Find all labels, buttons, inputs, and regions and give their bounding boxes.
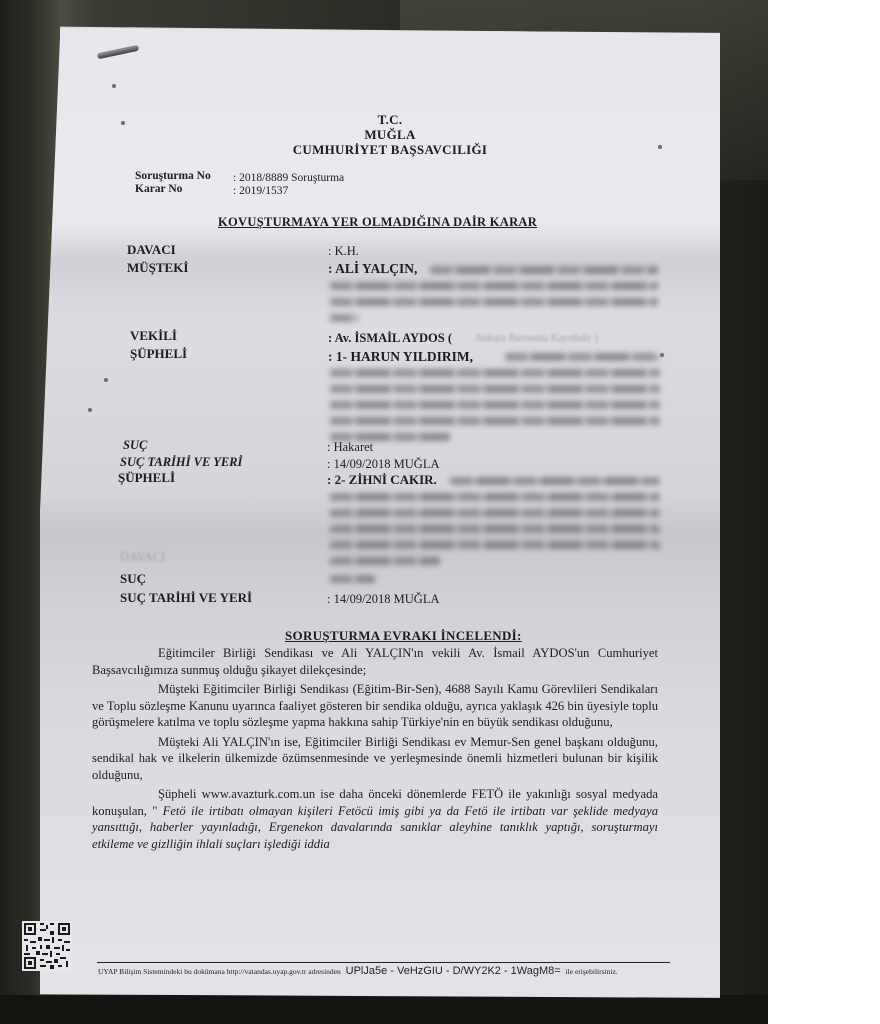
crime2-date-label: SUÇ TARİHİ VE YERİ	[120, 590, 252, 606]
paragraph-3: Müşteki Ali YALÇIN'ın ise, Eğitimciler B…	[92, 734, 658, 784]
paragraph-4: Şüpheli www.avazturk.com.un ise daha önc…	[92, 786, 658, 852]
decision-no-value: : 2019/1537	[233, 185, 288, 197]
redacted-text	[330, 557, 440, 565]
suspect2-value: : 2- ZİHNİ CAKIR.	[327, 472, 437, 488]
section-heading: SORUŞTURMA EVRAKI İNCELENDİ:	[285, 628, 522, 644]
redacted-text	[430, 266, 658, 274]
header-city: MUĞLA	[240, 127, 540, 143]
document-content: T.C. MUĞLA CUMHURİYET BAŞSAVCILIĞI Soruş…	[0, 0, 768, 1024]
redacted-text	[330, 385, 660, 393]
plaintiff-value: : K.H.	[328, 244, 359, 259]
attorney-label: VEKİLİ	[130, 328, 177, 344]
decision-no-label: Karar No	[135, 183, 182, 195]
crime2-label: SUÇ	[120, 571, 146, 587]
footer-suffix: ile erişebilirsiniz.	[566, 967, 618, 976]
paragraph-1: Eğitimciler Birliği Sendikası ve Ali YAL…	[92, 645, 658, 678]
suspect1-label: ŞÜPHELİ	[130, 346, 187, 362]
verification-code: UPlJa5e - VeHzGIU - D/WY2K2 - 1WagM8=	[346, 965, 561, 977]
paragraph-2: Müşteki Eğitimciler Birliği Sendikası (E…	[92, 681, 658, 731]
redacted-text	[330, 417, 660, 425]
footer-prefix: UYAP Bilişim Sistemindeki bu dokümana ht…	[98, 967, 341, 976]
header-office: CUMHURİYET BAŞSAVCILIĞI	[240, 142, 540, 158]
investigation-no-value: : 2018/8889 Soruşturma	[233, 172, 344, 184]
redacted-text	[330, 575, 375, 583]
redacted-text	[330, 401, 660, 409]
crime1-value: : Hakaret	[327, 440, 373, 455]
investigation-no-label: Soruşturma No	[135, 170, 211, 182]
complainant-label: MÜŞTEKİ	[127, 260, 188, 276]
crime2-date-value: : 14/09/2018 MUĞLA	[327, 592, 440, 607]
header-tc: T.C.	[240, 112, 540, 128]
suspect2-label: ŞÜPHELİ	[118, 470, 175, 486]
redacted-text	[330, 493, 660, 501]
redacted-text	[330, 369, 660, 377]
redacted-text	[330, 509, 660, 517]
body-text: Eğitimciler Birliği Sendikası ve Ali YAL…	[92, 645, 658, 855]
complainant-value: : ALİ YALÇIN,	[328, 261, 417, 277]
ghost-plaintiff-label: DAVACI	[120, 550, 165, 565]
plaintiff-label: DAVACI	[127, 242, 176, 258]
redacted-text	[330, 525, 660, 533]
redacted-text	[330, 541, 660, 549]
paragraph-4-quote: Fetö ile irtibatı olmayan kişileri Fetöc…	[92, 804, 658, 851]
footer-divider	[97, 962, 670, 963]
redacted-text	[330, 314, 358, 322]
document-title: KOVUŞTURMAYA YER OLMADIĞINA DAİR KARAR	[218, 215, 537, 230]
redacted-text	[330, 298, 658, 306]
redacted-text	[450, 477, 660, 485]
suspect1-value: : 1- HARUN YILDIRIM,	[328, 349, 473, 365]
crime1-date-label: SUÇ TARİHİ VE YERİ	[120, 455, 242, 470]
redacted-text	[330, 282, 658, 290]
attorney-value: : Av. İSMAİL AYDOS (	[328, 331, 452, 346]
qr-code-icon	[22, 921, 72, 971]
footer-verification: UYAP Bilişim Sistemindeki bu dokümana ht…	[98, 965, 618, 977]
redacted-text	[505, 353, 660, 361]
crime1-date-value: : 14/09/2018 MUĞLA	[327, 457, 440, 472]
crime1-label: SUÇ	[123, 438, 147, 453]
attorney-bar-redacted: Ankara Barosuna Kayıtlıdır )	[475, 333, 598, 344]
